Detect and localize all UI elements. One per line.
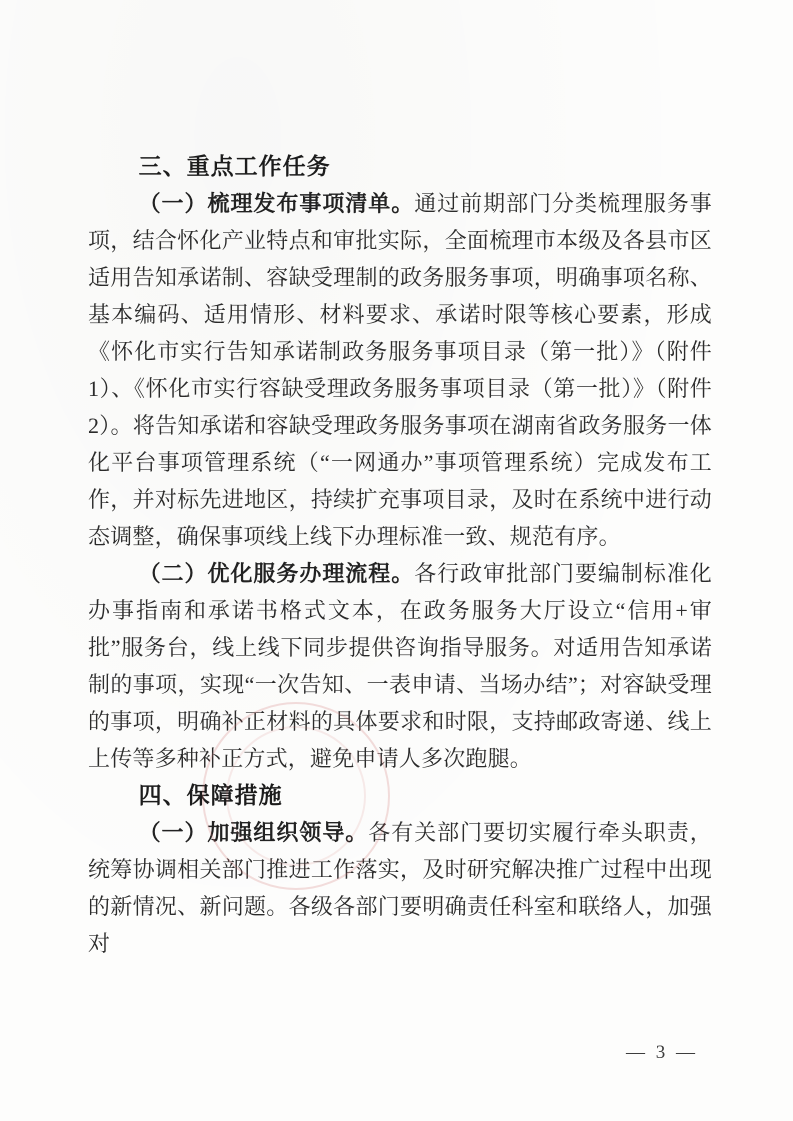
paragraph-service-flow: （二）优化服务办理流程。各行政审批部门要编制标准化办事指南和承诺书格式文本，在政… [88,555,712,777]
paragraph-text: 通过前期部门分类梳理服务事项，结合怀化产业特点和审批实际，全面梳理市本级及各县市… [88,191,712,549]
document-page: 三、重点工作任务 （一）梳理发布事项清单。通过前期部门分类梳理服务事项，结合怀化… [0,0,793,1121]
page-number: — 3 — [626,1042,698,1064]
paragraph-org-leadership: （一）加强组织领导。各有关部门要切实履行牵头职责，统筹协调相关部门推进工作落实，… [88,814,712,962]
paragraph-lead: （一）梳理发布事项清单。 [139,191,415,216]
section-heading-safeguards: 四、保障措施 [88,777,712,814]
paragraph-lead: （一）加强组织领导。 [139,820,369,845]
paragraph-text: 各行政审批部门要编制标准化办事指南和承诺书格式文本，在政务服务大厅设立“信用+审… [88,561,712,771]
paragraph-lead: （二）优化服务办理流程。 [139,561,415,586]
paragraph-item-list: （一）梳理发布事项清单。通过前期部门分类梳理服务事项，结合怀化产业特点和审批实际… [88,185,712,555]
section-heading-key-tasks: 三、重点工作任务 [88,148,712,185]
document-body: 三、重点工作任务 （一）梳理发布事项清单。通过前期部门分类梳理服务事项，结合怀化… [88,148,712,962]
